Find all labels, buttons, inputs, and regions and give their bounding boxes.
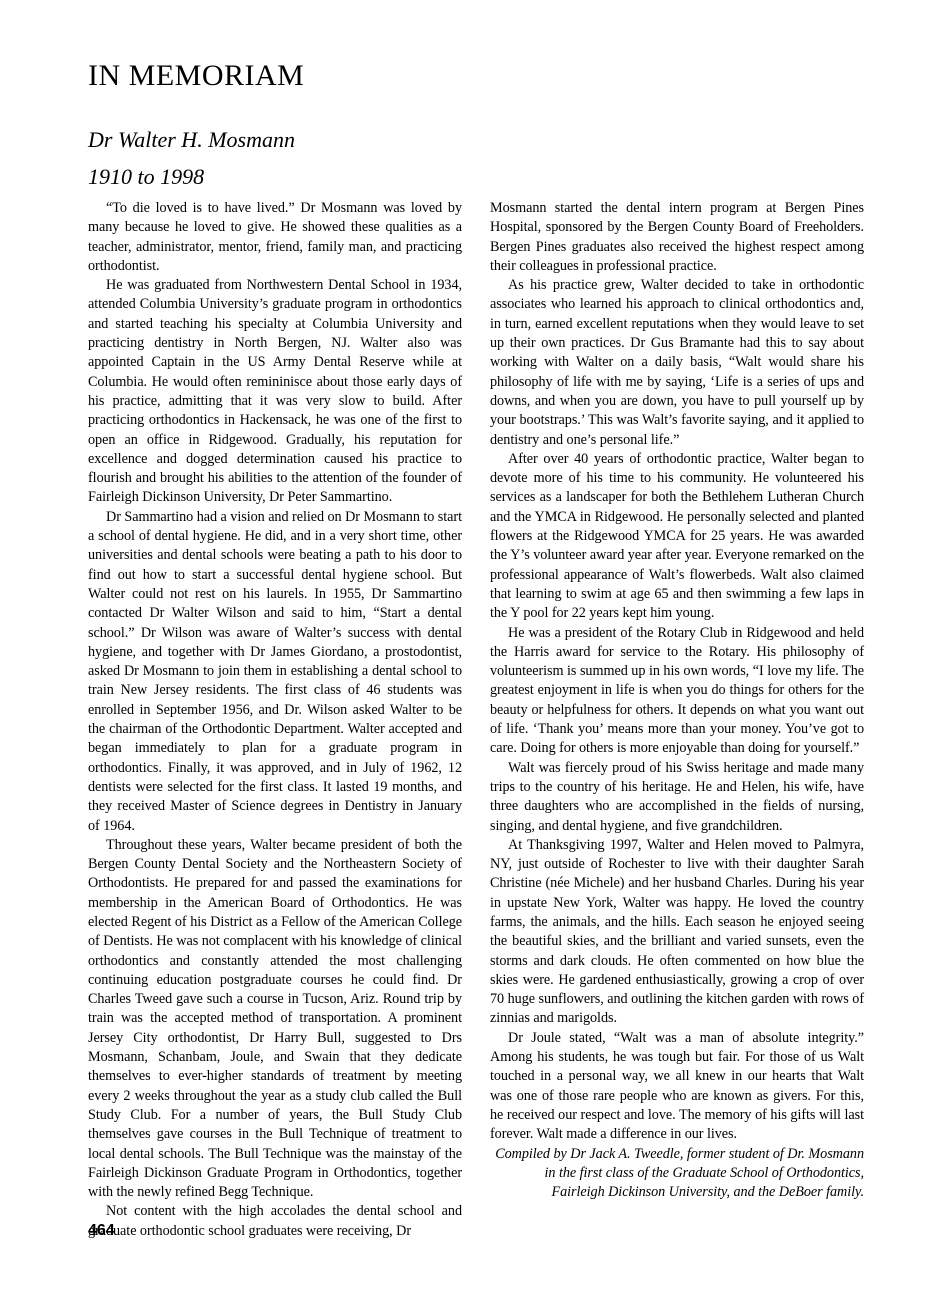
life-years: 1910 to 1998 bbox=[88, 158, 864, 195]
paragraph: Mosmann started the dental intern progra… bbox=[490, 199, 864, 276]
right-column: Mosmann started the dental intern progra… bbox=[490, 199, 864, 1241]
paragraph: Walt was fiercely proud of his Swiss her… bbox=[490, 759, 864, 836]
paragraph: After over 40 years of orthodontic pract… bbox=[490, 450, 864, 624]
paragraph: “To die loved is to have lived.” Dr Mosm… bbox=[88, 199, 462, 276]
paragraph: Dr Joule stated, “Walt was a man of abso… bbox=[490, 1029, 864, 1145]
page-number: 464 bbox=[88, 1222, 115, 1240]
paragraph: At Thanksgiving 1997, Walter and Helen m… bbox=[490, 836, 864, 1029]
deceased-name: Dr Walter H. Mosmann bbox=[88, 121, 864, 158]
page-title: IN MEMORIAM bbox=[88, 0, 864, 94]
document-page: IN MEMORIAM Dr Walter H. Mosmann 1910 to… bbox=[0, 0, 950, 1307]
paragraph: Dr Sammartino had a vision and relied on… bbox=[88, 508, 462, 836]
left-column: “To die loved is to have lived.” Dr Mosm… bbox=[88, 199, 462, 1241]
byline-signature: Compiled by Dr Jack A. Tweedle, former s… bbox=[490, 1145, 864, 1203]
article-body: “To die loved is to have lived.” Dr Mosm… bbox=[88, 199, 864, 1241]
paragraph: He was a president of the Rotary Club in… bbox=[490, 624, 864, 759]
paragraph: He was graduated from Northwestern Denta… bbox=[88, 276, 462, 508]
paragraph: Not content with the high accolades the … bbox=[88, 1202, 462, 1241]
article-header: IN MEMORIAM Dr Walter H. Mosmann 1910 to… bbox=[88, 0, 864, 195]
paragraph: As his practice grew, Walter decided to … bbox=[490, 276, 864, 450]
paragraph: Throughout these years, Walter became pr… bbox=[88, 836, 462, 1203]
